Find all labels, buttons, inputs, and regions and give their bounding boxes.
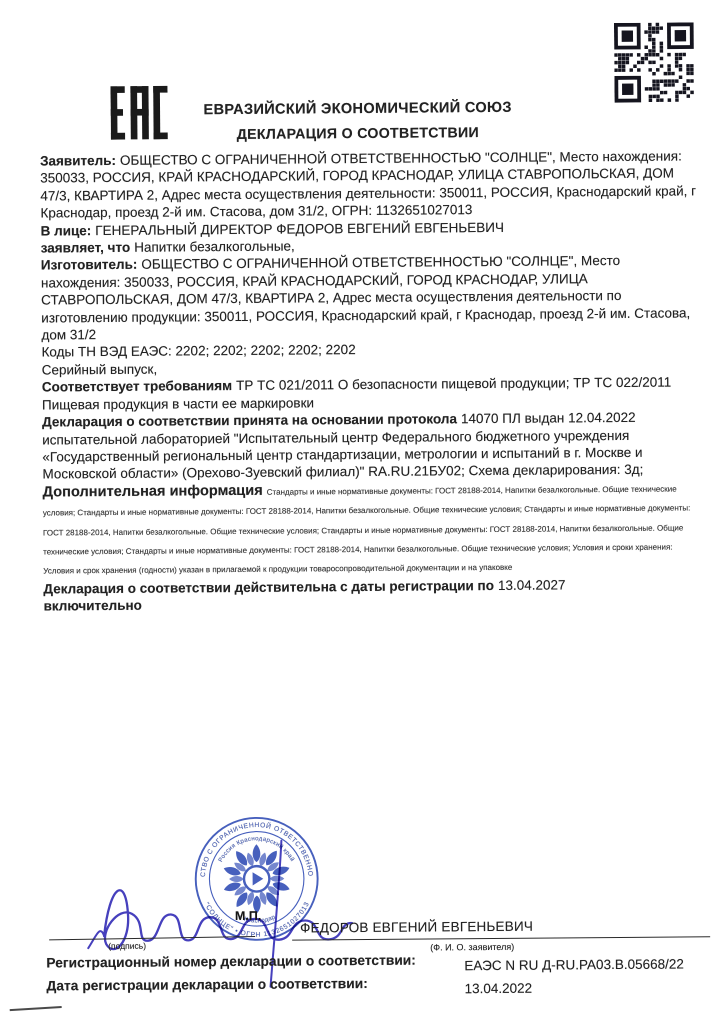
company-round-stamp: ОБЩЕСТВО С ОГРАНИЧЕННОЙ ОТВЕТСТВЕННОСТЬЮ… — [191, 813, 322, 944]
name-caption: (Ф. И. О. заявителя) — [430, 942, 514, 953]
manufacturer-text: ОБЩЕСТВО С ОГРАНИЧЕННОЙ ОТВЕТСТВЕННОСТЬЮ… — [41, 253, 690, 342]
stamp-place-label: М.П. — [235, 909, 261, 923]
svg-text:ОБЩЕСТВО С ОГРАНИЧЕННОЙ ОТВЕТС: ОБЩЕСТВО С ОГРАНИЧЕННОЙ ОТВЕТСТВЕННОСТЬЮ — [191, 813, 313, 878]
applicant-full-name: ФЕДОРОВ ЕВГЕНИЙ ЕВГЕНЬЕВИЧ — [300, 919, 533, 936]
stamp-ring-top-text: ОБЩЕСТВО С ОГРАНИЧЕННОЙ ОТВЕТСТВЕННОСТЬЮ — [191, 813, 313, 878]
declares-label: заявляет, что — [41, 240, 131, 256]
handwritten-signature — [73, 838, 384, 990]
svg-text:"СОЛНЦЕ" • ОГРН 113265102701: "СОЛНЦЕ" • ОГРН 1132651027013 — [203, 901, 312, 940]
document-page: ЕВРАЗИЙСКИЙ ЭКОНОМИЧЕСКИЙ СОЮЗ ДЕКЛАРАЦИ… — [0, 0, 724, 1024]
manufacturer-label: Изготовитель: — [41, 257, 138, 273]
qr-code — [614, 22, 695, 103]
svg-text:Россия Краснодарский край: Россия Краснодарский край — [217, 835, 296, 863]
validity-suffix: включительно — [43, 592, 701, 615]
signature-caption: (подпись) — [108, 941, 146, 951]
validity-paragraph: Декларация о соответствии действительна … — [43, 575, 701, 615]
manufacturer-paragraph: Изготовитель:ОБЩЕСТВО С ОГРАНИЧЕННОЙ ОТВ… — [41, 252, 700, 344]
applicant-label: Заявитель: — [40, 153, 116, 169]
basis-label: Декларация о соответствии принята на осн… — [42, 411, 457, 429]
declares-text: Напитки безалкогольные, — [134, 239, 295, 255]
svg-text:г. Краснодар: г. Краснодар — [237, 913, 277, 924]
basis-paragraph: Декларация о соответствии принята на осн… — [42, 408, 701, 483]
stamp-inner-bottom-text: г. Краснодар — [237, 913, 277, 924]
validity-label: Декларация о соответствии действительна … — [43, 578, 494, 597]
stamp-ring-bottom-text: "СОЛНЦЕ" • ОГРН 1132651027013 — [203, 901, 312, 940]
applicant-paragraph: Заявитель:ОБЩЕСТВО С ОГРАНИЧЕННОЙ ОТВЕТС… — [40, 147, 699, 222]
registration-date-label: Дата регистрации декларации о соответств… — [46, 976, 367, 994]
document-header: ЕВРАЗИЙСКИЙ ЭКОНОМИЧЕСКИЙ СОЮЗ ДЕКЛАРАЦИ… — [39, 0, 698, 153]
additional-info-label: Дополнительная информация — [43, 483, 263, 501]
complies-paragraph: Соответствует требованиямТР ТС 021/2011 … — [42, 374, 700, 414]
scan-artifact-line — [10, 1006, 62, 1011]
additional-info-paragraph: Дополнительная информацияСтандарты и ины… — [43, 478, 702, 580]
stamp-inner-top-text: Россия Краснодарский край — [217, 835, 296, 863]
person-label: В лице: — [41, 223, 92, 238]
stamp-sun-emblem — [222, 844, 291, 914]
registration-number-label: Регистрационный номер декларации о соотв… — [46, 953, 416, 971]
registration-date-value: 13.04.2022 — [464, 981, 532, 997]
declaration-body: Заявитель:ОБЩЕСТВО С ОГРАНИЧЕННОЙ ОТВЕТС… — [40, 147, 702, 615]
document-title: ДЕКЛАРАЦИЯ О СООТВЕТСТВИИ — [40, 124, 676, 145]
signature-line — [49, 936, 255, 940]
person-text: ГЕНЕРАЛЬНЫЙ ДИРЕКТОР ФЕДОРОВ ЕВГЕНИЙ ЕВГ… — [95, 220, 504, 238]
registration-number-value: ЕАЭС N RU Д-RU.РА03.В.05668/22 — [464, 956, 684, 973]
name-line — [292, 936, 710, 940]
applicant-text: ОБЩЕСТВО С ОГРАНИЧЕННОЙ ОТВЕТСТВЕННОСТЬЮ… — [40, 148, 696, 220]
validity-date: 13.04.2027 — [498, 577, 566, 593]
complies-label: Соответствует требованиям — [42, 378, 232, 394]
